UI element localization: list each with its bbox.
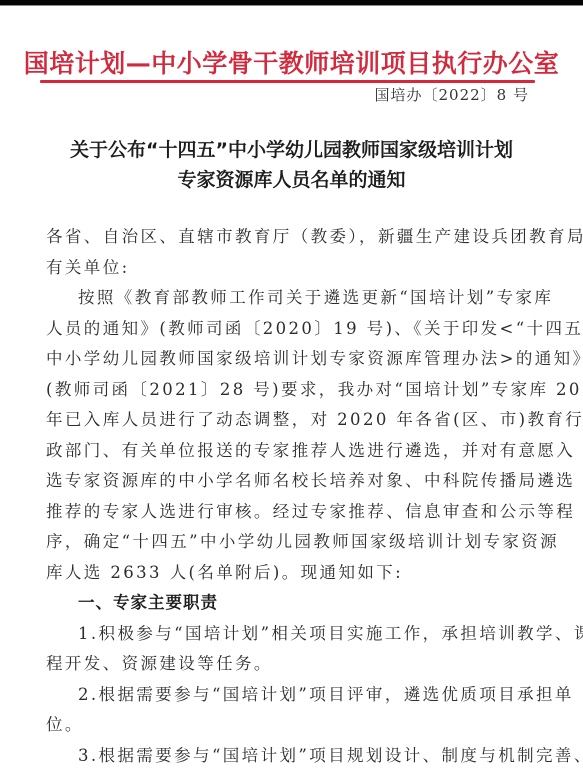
title-line-1: 关于公布“十四五”中小学幼儿园教师国家级培训计划 (0, 135, 583, 165)
document-title: 关于公布“十四五”中小学幼儿园教师国家级培训计划 专家资源库人员名单的通知 (0, 135, 583, 195)
document-number: 国培办〔2022〕8 号 (375, 84, 530, 105)
scan-speck (333, 748, 335, 750)
paragraph-line: 库人选 2633 人(名单附后)。现通知如下: (46, 558, 536, 589)
letterhead-org-name: 国培计划—中小学骨干教师培训项目执行办公室 (0, 44, 583, 80)
document-body: 各省、自治区、直辖市教育厅（教委），新疆生产建设兵团教育局， 有关单位: 按照《… (46, 222, 536, 768)
paragraph-line: 政部门、有关单位报送的专家推荐人选进行遴选，并对有意愿入 (46, 436, 536, 467)
salutation-line: 有关单位: (46, 253, 536, 284)
salutation-line: 各省、自治区、直辖市教育厅（教委），新疆生产建设兵团教育局， (46, 222, 536, 253)
title-line-2: 专家资源库人员名单的通知 (0, 165, 583, 195)
paragraph-line: 序，确定“十四五”中小学幼儿园教师国家级培训计划专家资源 (46, 527, 536, 558)
list-item-line: 1.积极参与“国培计划”相关项目实施工作，承担培训教学、课 (46, 619, 536, 650)
section-heading: 一、专家主要职责 (46, 588, 536, 619)
top-black-bar (0, 0, 583, 6)
paragraph-line: 人员的通知》(教师司函〔2020〕19 号)、《关于印发<“十四五” (46, 314, 536, 345)
list-item-line: 程开发、资源建设等任务。 (46, 649, 536, 680)
list-item-line: 2.根据需要参与“国培计划”项目评审，遴选优质项目承担单 (46, 680, 536, 711)
list-item-line: 3.根据需要参与“国培计划”项目规划设计、制度与机制完善、 (46, 741, 536, 768)
paragraph-line: 选专家资源库的中小学名师名校长培养对象、中科院传播局遴选 (46, 466, 536, 497)
paragraph-line: 按照《教育部教师工作司关于遴选更新“国培计划”专家库 (46, 283, 536, 314)
paragraph-line: 年已入库人员进行了动态调整，对 2020 年各省(区、市)教育行 (46, 405, 536, 436)
paragraph-line: 推荐的专家人选进行审核。经过专家推荐、信息审查和公示等程 (46, 497, 536, 528)
paragraph-line: (教师司函〔2021〕28 号)要求，我办对“国培计划”专家库 2013 (46, 375, 536, 406)
list-item-line: 位。 (46, 710, 536, 741)
paragraph-line: 中小学幼儿园教师国家级培训计划专家资源库管理办法>的通知》 (46, 344, 536, 375)
letterhead-red-rule (40, 80, 535, 83)
